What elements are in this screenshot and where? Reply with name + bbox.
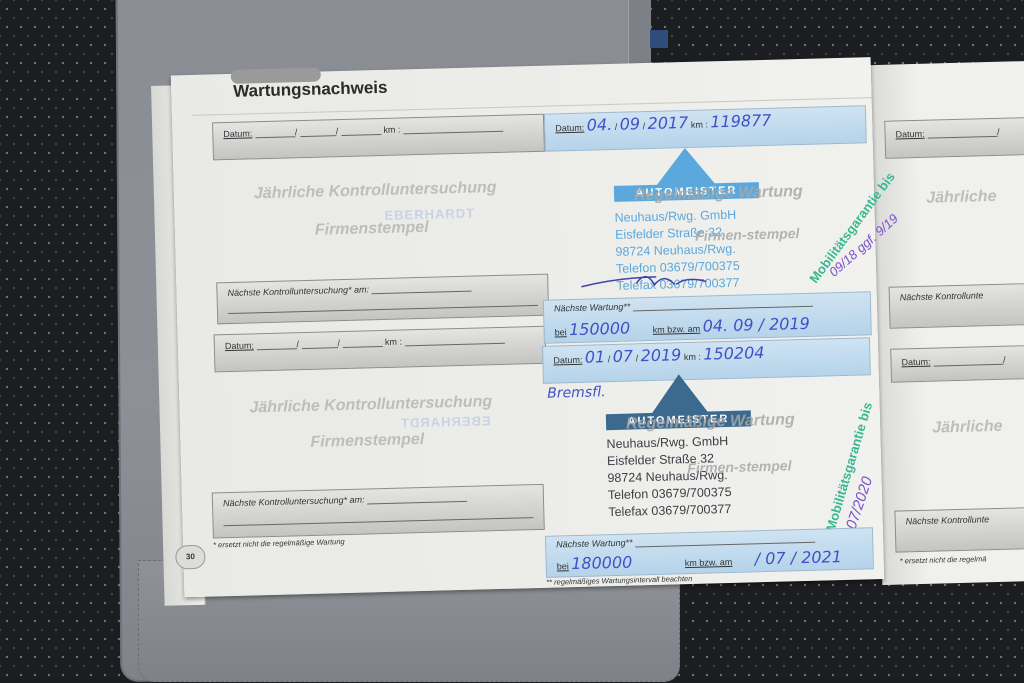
signature-1 [576, 261, 727, 295]
next-page-heading: Jährliche [926, 188, 997, 208]
company-stamp-label-1: Firmenstempel [315, 219, 429, 240]
current-page: Wartungsnachweis 30 Datum: / / km : EBER… [171, 57, 884, 597]
next-page-next-check-box: Nächste Kontrollunte [889, 280, 1024, 328]
page-number: 30 [175, 545, 206, 570]
service-2-day: 01 [585, 347, 606, 367]
service-2-next-box: Nächste Wartung** bei 180000 km bzw. am … [545, 527, 874, 578]
service-2-next-km: 180000 [571, 553, 633, 574]
service-2-next-date: / 07 / 2021 [755, 547, 843, 568]
annual-check-1-date-box: Datum: / / km : [212, 114, 545, 161]
company-stamp-label-2: Firmenstempel [310, 431, 424, 452]
service-1-next-date: 04. 09 / 2019 [702, 314, 810, 336]
page-title: Wartungsnachweis [233, 78, 388, 102]
next-page-next-check-box-2: Nächste Kontrollunte [894, 504, 1024, 552]
service-1-day: 04. [587, 115, 613, 135]
service-1-next-box: Nächste Wartung** bei 150000 km bzw. am … [543, 291, 872, 344]
next-page-date-box-2: Datum: / [890, 342, 1024, 382]
date-label: Datum: [895, 129, 924, 140]
annual-check-2-next-box: Nächste Kontrolluntersuchung* am: [212, 484, 545, 539]
annual-check-2-date-box: Datum: / / km : [214, 326, 547, 373]
annual-check-1-next-box: Nächste Kontrolluntersuchung* am: [216, 274, 549, 325]
next-page: Datum: / Jährliche Nächste Kontrollunte … [869, 59, 1024, 585]
service-booklet: Datum: / Jährliche Nächste Kontrollunte … [150, 22, 1024, 605]
automeister-stamp-2: AUTOMEISTER Regelmäßige Wartung Neuhaus/… [605, 372, 779, 536]
service-2-km: 150204 [703, 343, 765, 364]
service-1-km: 119877 [710, 111, 772, 132]
footnote-annual: * ersetzt nicht die regelmäßige Wartung [213, 537, 345, 549]
service-1-next-km: 150000 [569, 319, 631, 340]
annual-check-heading-1: Jährliche Kontrolluntersuchung [254, 179, 497, 203]
handwritten-note: Bremsfl. [547, 384, 606, 402]
next-page-date-box: Datum: / [884, 114, 1024, 158]
service-1-date-box: Datum: 04. / 09 / 2017 km : 119877 [544, 105, 867, 151]
